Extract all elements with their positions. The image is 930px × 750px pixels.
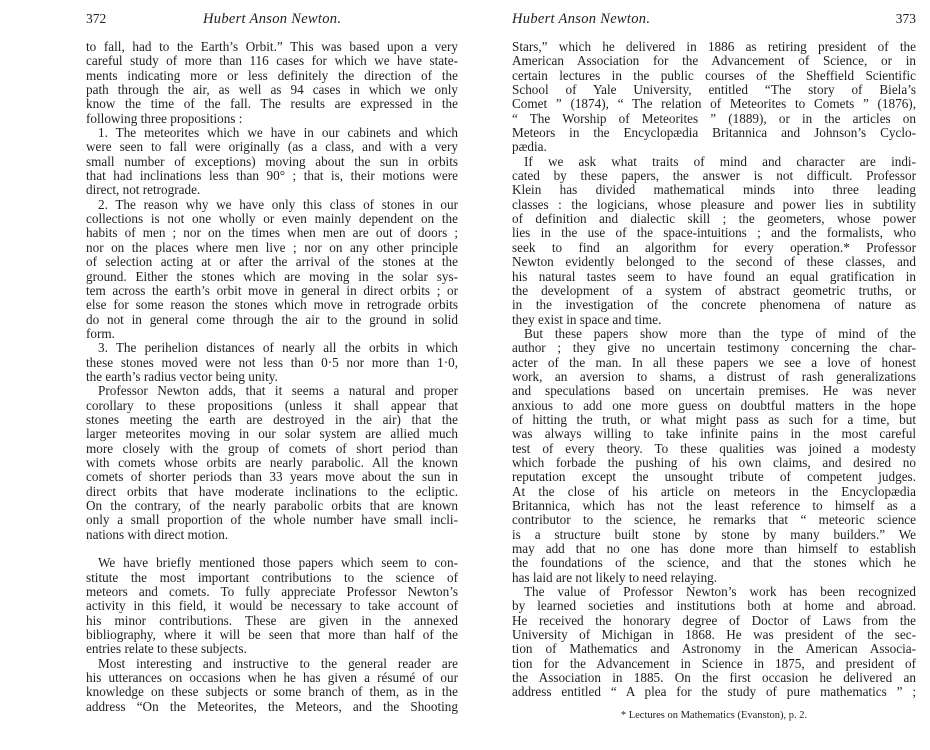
text-line: On the contrary, of the nearly parabolic…: [86, 499, 458, 513]
text-line: of selection acting at or after the arri…: [86, 255, 458, 269]
text-line: corollary to these propositions (unless …: [86, 399, 458, 413]
text-line: lies in the use of the space-intuitions …: [512, 226, 916, 240]
text-line: He received the honorary degree of Docto…: [512, 614, 916, 628]
text-line: 2. The reason why we have only this clas…: [86, 198, 458, 212]
text-line: his natural tastes seem to have found an…: [512, 270, 916, 284]
text-line: The value of Professor Newton’s work has…: [512, 585, 916, 599]
text-line: of definition and dialectic skill ; the …: [512, 212, 916, 226]
text-line: comets of shorter periods than 33 years …: [86, 470, 458, 484]
text-line: bibliography, where it will be seen that…: [86, 628, 458, 642]
text-line: test of every theory. To these qualities…: [512, 442, 916, 456]
text-line: contributor to the science, he remarks t…: [512, 513, 916, 527]
text-line: that had inclinations less than 90° ; th…: [86, 169, 458, 183]
text-line: meteors and comets. To fully appreciate …: [86, 585, 458, 599]
text-line: Professor Newton adds, that it seems a n…: [86, 384, 458, 398]
text-line: ground. Either the stones which are movi…: [86, 270, 458, 284]
text-line: School of Yale University, entitled “The…: [512, 83, 916, 97]
text-line: do not in general come through the air t…: [86, 313, 458, 327]
text-line: which forbade the pushing of his own cla…: [512, 456, 916, 470]
text-line: But these papers show more than the type…: [512, 327, 916, 341]
running-header-left: 372 Hubert Anson Newton.: [86, 11, 458, 29]
running-head-title: Hubert Anson Newton.: [203, 11, 341, 28]
text-line: direct orbits that have moderate inclina…: [86, 485, 458, 499]
text-line: seek to find an algorithm for every oper…: [512, 241, 916, 255]
text-line: has laid are not likely to need relaying…: [512, 571, 916, 585]
text-line: was always willing to take infinite pain…: [512, 427, 916, 441]
text-line: following three propositions :: [86, 112, 458, 126]
page-number: 372: [86, 11, 106, 27]
text-line: larger meteorites moving in our solar sy…: [86, 427, 458, 441]
text-line: his minor contributions. These are given…: [86, 614, 458, 628]
text-line: know the time of the fall. The results a…: [86, 97, 458, 111]
text-line: careful study of more than 116 cases for…: [86, 54, 458, 68]
text-line: more closely with the group of comets of…: [86, 442, 458, 456]
text-line: his utterances on occasions when he has …: [86, 671, 458, 685]
text-line: direct, not retrograde.: [86, 183, 458, 197]
text-line: acter of the man. In all these papers we…: [512, 356, 916, 370]
text-line: Britannica, which has not the least refe…: [512, 499, 916, 513]
text-line: these stones moved were not less than 0·…: [86, 356, 458, 370]
left-page-body-text: to fall, had to the Earth’s Orbit.” This…: [86, 40, 458, 714]
text-line: University of Michigan in 1868. He was p…: [512, 628, 916, 642]
page-number: 373: [896, 11, 916, 27]
text-line: pædia.: [512, 140, 916, 154]
text-line: the Association in 1885. On the first oc…: [512, 671, 916, 685]
text-line: Klein has divided mathematical minds int…: [512, 183, 916, 197]
text-line: classes : the logicians, whose pleasure …: [512, 198, 916, 212]
text-line: and speculations based on uncertain prem…: [512, 384, 916, 398]
text-line: 1. The meteorites which we have in our c…: [86, 126, 458, 140]
text-line: nor on the places where men live ; nor o…: [86, 241, 458, 255]
text-line: in the investigation of the concrete phe…: [512, 298, 916, 312]
text-line: At the close of his article on meteors i…: [512, 485, 916, 499]
text-line: with comets whose orbits are nearly para…: [86, 456, 458, 470]
text-line: reputation except the unsought tribute o…: [512, 470, 916, 484]
text-line: form.: [86, 327, 458, 341]
text-line: cated by these papers, the answer is not…: [512, 169, 916, 183]
text-line: habits of men ; nor on the times when me…: [86, 226, 458, 240]
text-line: anxious to add one more guess on doubtfu…: [512, 399, 916, 413]
text-line: by learned societies and institutions bo…: [512, 599, 916, 613]
text-line: nations with direct motion.: [86, 528, 458, 542]
text-line: were seen to fall were originally (as a …: [86, 140, 458, 154]
running-header-right: Hubert Anson Newton. 373: [512, 11, 916, 29]
text-line: tion for the Advancement in Science in 1…: [512, 657, 916, 671]
text-line: only a small proportion of the whole num…: [86, 513, 458, 527]
text-line: small number of exceptions) moving about…: [86, 155, 458, 169]
text-line: to fall, had to the Earth’s Orbit.” This…: [86, 40, 458, 54]
paragraph-gap: [86, 542, 458, 556]
text-line: else for some reason the stones which mo…: [86, 298, 458, 312]
text-line: Most interesting and instructive to the …: [86, 657, 458, 671]
right-page-body-text: Stars,” which he delivered in 1886 as re…: [512, 40, 916, 700]
text-line: they exist in space and time.: [512, 313, 916, 327]
text-line: work, an aversion to shams, a distrust o…: [512, 370, 916, 384]
text-line: is a structure built stone by stone by m…: [512, 528, 916, 542]
text-line: author ; they give no uncertain testimon…: [512, 341, 916, 355]
text-line: may add that no one has done more than h…: [512, 542, 916, 556]
text-line: the earth’s radius vector being unity.: [86, 370, 458, 384]
text-line: 3. The perihelion distances of nearly al…: [86, 341, 458, 355]
text-line: Comet ” (1874), “ The relation of Meteor…: [512, 97, 916, 111]
text-line: If we ask what traits of mind and charac…: [512, 155, 916, 169]
text-line: certain lectures in the public courses o…: [512, 69, 916, 83]
text-line: entries relate to these subjects.: [86, 642, 458, 656]
text-line: Newton evidently belonged to the second …: [512, 255, 916, 269]
footnote: * Lectures on Mathematics (Evanston), p.…: [512, 710, 916, 721]
text-line: address “On the Meteorites, the Meteors,…: [86, 700, 458, 714]
text-line: Meteors in the Encyclopædia Britannica a…: [512, 126, 916, 140]
running-head-title: Hubert Anson Newton.: [512, 11, 650, 28]
text-line: stones meeting the earth are destroyed i…: [86, 413, 458, 427]
text-line: stitute the most important contributions…: [86, 571, 458, 585]
text-line: ments indicating more or less definitely…: [86, 69, 458, 83]
text-line: path through the air, as well as 94 case…: [86, 83, 458, 97]
text-line: tem across the earth’s orbit move in gen…: [86, 284, 458, 298]
text-line: of hitting the truth, or what might pass…: [512, 413, 916, 427]
text-line: “ The Worship of Meteorites ” (1889), or…: [512, 112, 916, 126]
text-line: tion of Mathematics and Astronomy in the…: [512, 642, 916, 656]
text-line: American Association for the Advancement…: [512, 54, 916, 68]
text-line: collections is not one wholly or even ma…: [86, 212, 458, 226]
text-line: the foundations of the science, and that…: [512, 556, 916, 570]
text-line: Stars,” which he delivered in 1886 as re…: [512, 40, 916, 54]
text-line: activity in this field, it would be nece…: [86, 599, 458, 613]
text-line: We have briefly mentioned those papers w…: [86, 556, 458, 570]
text-line: the development of a system of abstract …: [512, 284, 916, 298]
text-line: knowledge on these subjects or some bran…: [86, 685, 458, 699]
text-line: address entitled “ A plea for the study …: [512, 685, 916, 699]
